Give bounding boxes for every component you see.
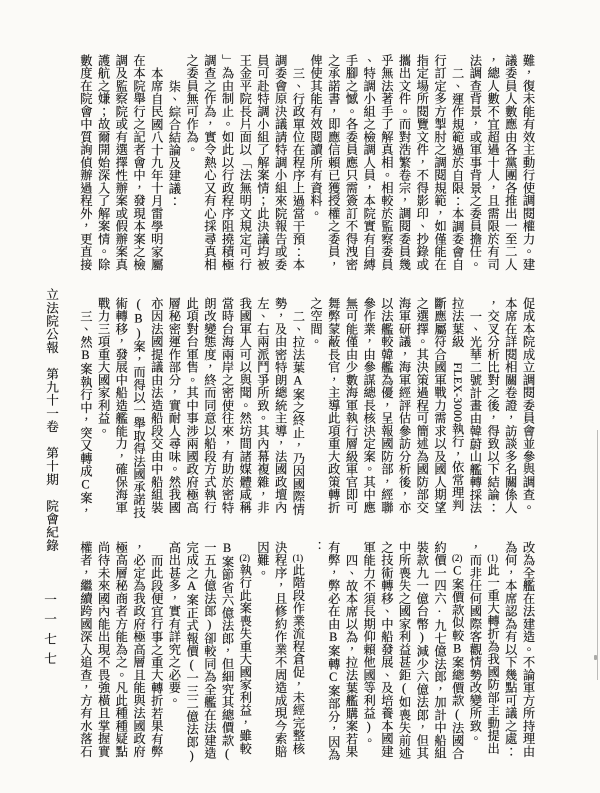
text-column: 決程序，且修約作業不周造成現今索賠 [270, 541, 288, 765]
text-column: 以法艦較韓艦為優，呈報國防部，經聯 [377, 297, 395, 521]
text-column: 舞弊蒙蔽長官，主導此項重大政策轉折 [324, 297, 342, 521]
text-column: 員可赴特調小組了解案情；此決議均被 [253, 54, 271, 278]
text-column: (2)C案價款似較B案總價款(法國合 [447, 541, 465, 765]
text-column: 柒、綜合結論及建議： [164, 54, 182, 278]
text-column: 而此段便宜行事之重大轉折若果有弊 [147, 541, 165, 765]
text-column: 三、然B案執行中，突又轉成C案， [76, 297, 94, 521]
text-column: 斷應屬符合國軍戰力需求以及國人期望 [430, 297, 448, 521]
text-column: (1)此一重大轉折為我國防部主動提出 [483, 541, 501, 765]
text-column: 拉法葉級 FLEX-3000執行，依常理判 [447, 297, 465, 521]
text-column: 中所喪失之國家利益甚鉅(如喪失前述 [394, 541, 412, 765]
text-column: 二、運作規範過於自限：本調委會自 [447, 54, 465, 278]
text-column: ，而非任何國際客觀情勢改變所致。 [465, 541, 483, 765]
text-register-top: 難，復未能有效主動行使調閱權力。建議委員人數應由各黨團各推出一至二人，總人數不宜… [56, 54, 536, 278]
text-column: 法調查背景，或軍事背景之委員擔任。 [465, 54, 483, 278]
text-column: 一五九億法郎)卻較同為全艦在法建造 [200, 541, 218, 765]
text-column: 王金平院長片面以「法無明文規定可行 [235, 54, 253, 278]
text-column: 參作業，由參謀總長核決定案。其中應 [359, 297, 377, 521]
text-column: 之委員無可作為。 [182, 54, 200, 278]
text-column: 此項對台軍售。其中事涉兩國政府極高 [182, 297, 200, 521]
text-column: 促成本院成立調閱委員會並參與調查。 [518, 297, 536, 521]
text-column: 軍能力不須長期仰賴他國等利益)。 [359, 541, 377, 765]
text-column: 戰力三項重大國家利益。 [93, 297, 111, 521]
text-column: 、特調小組之檢調人員，本院實有自縛 [359, 54, 377, 278]
text-column: 三、行政單位在程序上過當干預：本 [288, 54, 306, 278]
text-column: 術轉移，發展中船造艦能力，確保海軍 [111, 297, 129, 521]
page-number: 一一七七 [40, 593, 59, 671]
text-column: 行訂定多方掣肘之調閱規範，如僅能在 [430, 54, 448, 278]
text-column: 攜出文件。而對浩繁卷宗，調閱委員幾 [394, 54, 412, 278]
text-column: (2)執行此案喪失重大國家利益，雖較 [235, 541, 253, 765]
text-column: 當時台海兩岸之密使往來，有助於密特 [217, 297, 235, 521]
text-register-bottom: 改為全艦在法建造。不論軍方所持理由為何，本席認為有以下幾點可議之處：(1)此一重… [56, 541, 536, 765]
text-column: 海軍研議，海軍經評估參訪分析後，亦 [394, 297, 412, 521]
text-column: 之承諾書，即應信賴已獲授權之委員， [324, 54, 342, 278]
text-column: 為何，本席認為有以下幾點可議之處： [501, 541, 519, 765]
scan-edge-artifact [597, 430, 598, 680]
text-column: 四、故本席以為，拉法葉艦購案若果 [341, 541, 359, 765]
text-column: 之選擇。其決策過程可簡述為國防部交 [412, 297, 430, 521]
text-column: 一、光華二號計畫由韓蔚山艦轉採法 [465, 297, 483, 521]
enumerator: (2) [452, 554, 462, 564]
text-column: 朗改變態度，終而同意以船段方式執行 [200, 297, 218, 521]
text-column: B案節省六億法郎，但細究其總價款( [217, 541, 235, 765]
gazette-margin-title: 立法院公報 第九十一卷 第十期 院會紀錄 [42, 288, 61, 552]
scan-speck-artifact [594, 655, 597, 660]
text-column: (B)案，而得以一舉取得法國承諾技 [129, 297, 147, 521]
text-column: 無可能僅由少數海軍執行層級軍官即可 [341, 297, 359, 521]
text-column: 俾使其能有效閱讀所有資料。 [306, 54, 324, 278]
text-register-middle: 促成本院成立調閱委員會並參與調查。本席在詳閱相關卷證，訪談多名關係人，交叉分析比… [56, 297, 536, 521]
text-column: 層秘密運作部分，實耐人尋味。然我國 [164, 297, 182, 521]
text-column: 」為由制止。如此以行政程序阻撓積極 [217, 54, 235, 278]
text-column: 調及監察院或有選擇性辦案或假辦案真 [111, 54, 129, 278]
text-column: 二、拉法葉A案之終止，乃因國際情 [288, 297, 306, 521]
scanned-gazette-page: 難，復未能有效主動行使調閱權力。建議委員人數應由各黨團各推出一至二人，總人數不宜… [0, 0, 600, 793]
text-column: 手腳之憾。各委員應只需簽訂不得洩密 [341, 54, 359, 278]
text-column: 約價一四六·九七億法郎，加計中船組 [430, 541, 448, 765]
text-column: 護航之嫌；故爾開始深入了解案情。除 [93, 54, 111, 278]
text-column: 因難。 [253, 541, 271, 765]
text-column: 亦因法國提議由法造船段交由中船組裝 [147, 297, 165, 521]
text-column: 議委員人數應由各黨團各推出一至二人 [501, 54, 519, 278]
text-column: 改為全艦在法建造。不論軍方所持理由 [518, 541, 536, 765]
text-column: 調委會原決議請特調小組來院報告或委 [270, 54, 288, 278]
text-column: (1)此階段作業流程倉促，未經完整核 [288, 541, 306, 765]
text-column: 極高層秘商者方能為之。凡此種種疑點 [111, 541, 129, 765]
enumerator: (1) [488, 554, 498, 564]
text-column: 我國軍人可以與聞。然坊間諸媒體咸稱 [235, 297, 253, 521]
text-column: 之空間。 [306, 297, 324, 521]
enumerator: (1) [293, 554, 303, 564]
text-column: 權者，繼續跨國深入追查，方有水落石 [76, 541, 94, 765]
text-column: 數度在院會中質詢偵辦過程外，更直接 [76, 54, 94, 278]
text-column: 指定場所閱覽文件，不得影印、抄錄或 [412, 54, 430, 278]
text-column: 裝款九一億台幣)減少六億法郎，但其 [412, 541, 430, 765]
enumerator: (2) [240, 554, 250, 564]
text-column: ，必定為我政府極高層且能與法國政府 [129, 541, 147, 765]
text-column: 在本院舉行之記者會中，發現本案之檢 [129, 54, 147, 278]
text-column: 有弊，弊必在由B案轉C案部分，因為 [324, 541, 342, 765]
text-column: 本席在詳閱相關卷證，訪談多名關係人 [501, 297, 519, 521]
text-column: 調查之作為，實令熱心又有心採尋真相 [200, 54, 218, 278]
text-column: ，交叉分析比對之後，得致以下結論： [483, 297, 501, 521]
text-column: 尚待未來國內能出現不畏強橫且掌握實 [93, 541, 111, 765]
text-column: 乎無法著手了解真相。相較於監察委員 [377, 54, 395, 278]
text-column: 本席自民國八十九年十月雷學明家屬 [147, 54, 165, 278]
text-column: 勢，及由密特朗總統主導，法國政壇內 [270, 297, 288, 521]
text-column: 完成之A案正式報價(一三二億法郎) [182, 541, 200, 765]
text-column: 難，復未能有效主動行使調閱權力。建 [518, 54, 536, 278]
text-column: ： [306, 541, 324, 765]
text-column: 之技術轉移、中船發展、及培養本國建 [377, 541, 395, 765]
text-column: 左、右兩派鬥爭所致。其內幕複雜，非 [253, 297, 271, 521]
text-column: 高出甚多，實有詳究之必要。 [164, 541, 182, 765]
latin-designation: FLEX-3000 [451, 362, 463, 422]
text-column: ，總人數不宜超過十人，且需限於有司 [483, 54, 501, 278]
